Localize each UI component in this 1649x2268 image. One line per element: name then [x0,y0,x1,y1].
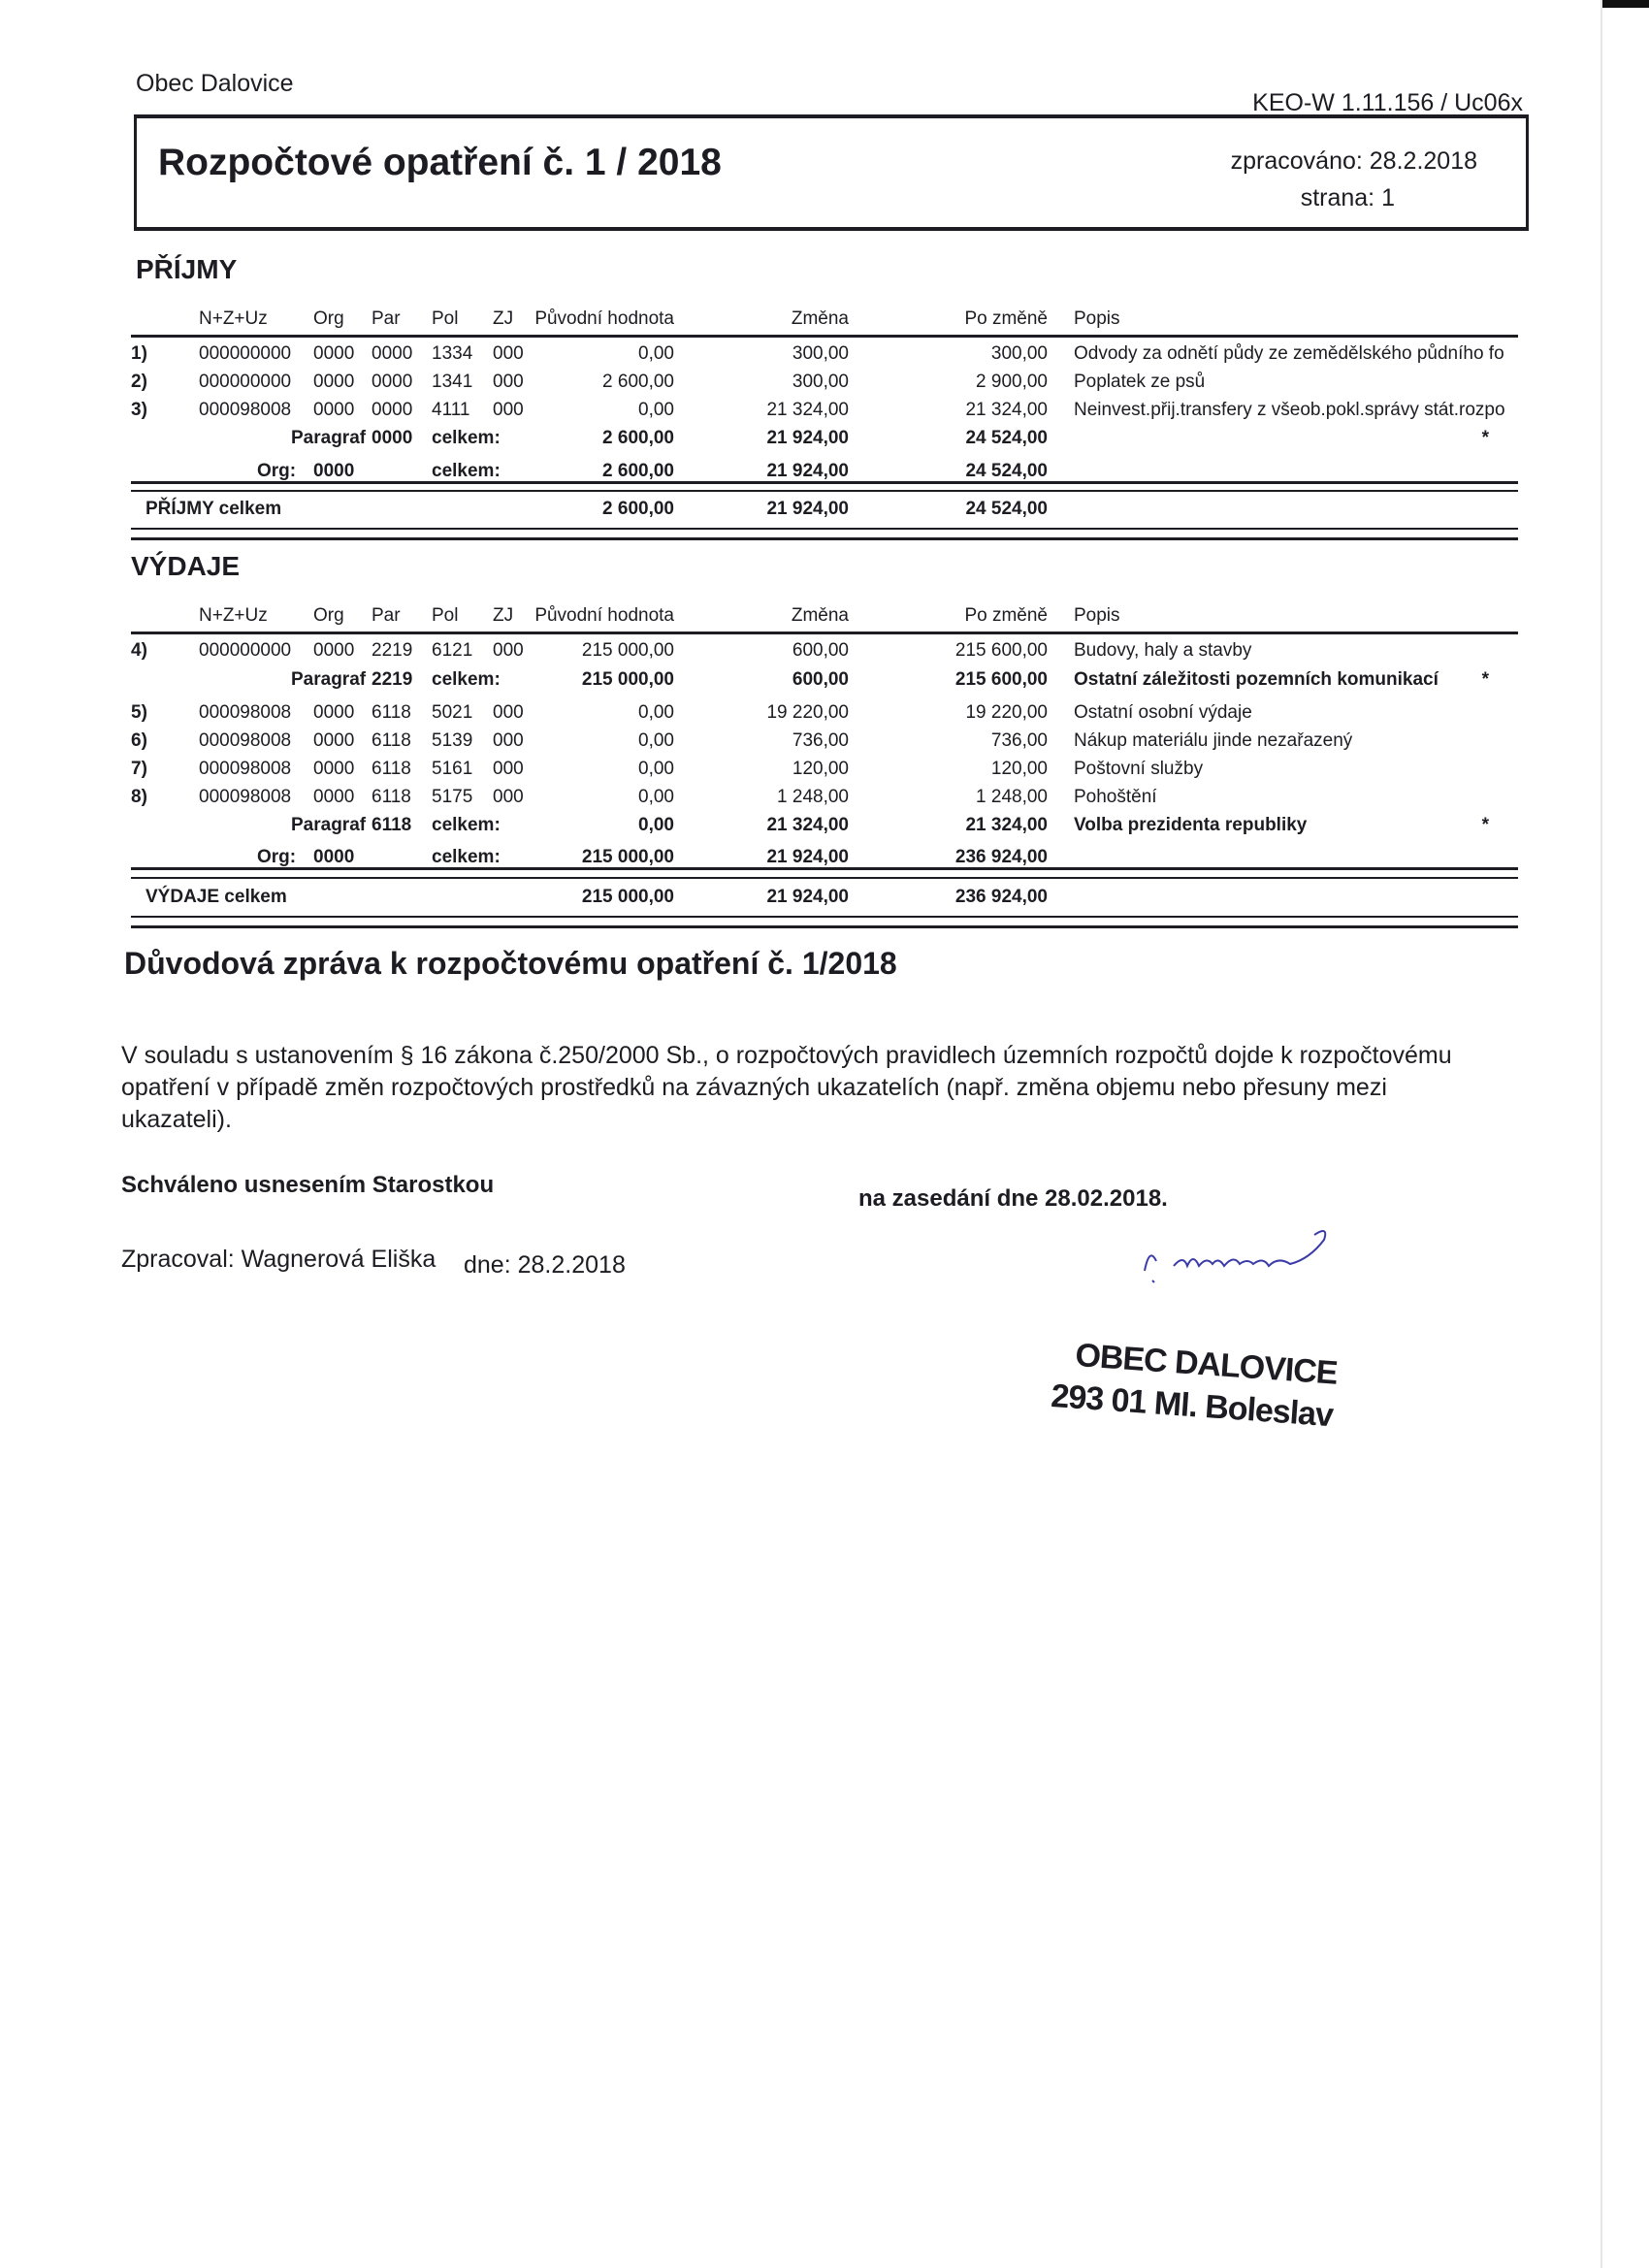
col-original: Původní hodnota [534,308,674,330]
col-description: Popis [1074,308,1120,330]
income-header-row: N+Z+Uz Org Par Pol ZJ Původní hodnota Zm… [131,308,1518,336]
income-section-title: PŘÍJMY [136,254,237,285]
table-rule [131,925,1518,928]
title-box: Rozpočtové opatření č. 1 / 2018 zpracová… [134,114,1529,231]
table-row: 2)00000000000000000 13410002 600,00300,0… [131,372,1518,399]
col-pol: Pol [432,605,458,627]
col-par: Par [372,605,401,627]
col-after: Po změně [964,308,1048,330]
table-row: 4)00000000000002219 6121000215 000,00600… [131,640,1518,667]
approval-text: Schváleno usnesením Starostkou [121,1172,494,1199]
table-rule [131,490,1518,492]
paragraph-total-row: Paragraf 6118celkem: 0,0021 324,0021 324… [131,815,1518,842]
table-row: 7)00009800800006118 51610000,00120,00 12… [131,759,1518,786]
meeting-date: na zasedání dne 28.02.2018. [858,1185,1168,1213]
header-rule [131,335,1518,338]
col-change: Změna [792,605,849,627]
col-pol: Pol [432,308,458,330]
organization-name: Obec Dalovice [136,70,294,98]
col-org: Org [313,605,344,627]
expenses-header-row: N+Z+Uz Org Par Pol ZJ Původní hodnota Zm… [131,605,1518,632]
col-zj: ZJ [493,605,513,627]
table-rule [131,867,1518,870]
table-row: 8)00009800800006118 51750000,001 248,00 … [131,787,1518,814]
col-description: Popis [1074,605,1120,627]
paragraph-total-row: Paragraf 2219celkem: 215 000,00600,00215… [131,669,1518,697]
grand-total-row: PŘÍJMY celkem 2 600,0021 924,0024 524,00 [131,499,1518,526]
table-rule [131,877,1518,879]
table-row: 1)00000000000000000 13340000,00300,00 30… [131,343,1518,371]
col-nzu: N+Z+Uz [199,605,268,627]
signature [1135,1227,1426,1295]
scan-edge-line [1600,0,1602,2268]
col-org: Org [313,308,344,330]
table-row: 5)00009800800006118 50210000,0019 220,00… [131,702,1518,729]
table-rule [131,916,1518,918]
processed-date: zpracováno: 28.2.2018 [1231,147,1477,176]
document-title: Rozpočtové opatření č. 1 / 2018 [158,142,722,184]
col-nzu: N+Z+Uz [199,308,268,330]
software-version: KEO-W 1.11.156 / Uc06x [1252,89,1523,117]
col-original: Původní hodnota [534,605,674,627]
prepared-date: dne: 28.2.2018 [464,1251,626,1280]
expenses-section-title: VÝDAJE [131,551,240,582]
table-rule [131,481,1518,484]
scan-edge [1600,0,1649,8]
col-par: Par [372,308,401,330]
table-rule [131,537,1518,540]
page-number: strana: 1 [1301,184,1395,212]
paragraph-total-row: Paragraf 0000celkem: 2 600,0021 924,0024… [131,428,1518,455]
report-text: V souladu s ustanovením § 16 zákona č.25… [121,1040,1470,1136]
prepared-by: Zpracoval: Wagnerová Eliška [121,1246,436,1274]
table-rule [131,528,1518,530]
table-row: 3)00009800800000000 41110000,0021 324,00… [131,400,1518,427]
col-after: Po změně [964,605,1048,627]
table-row: 6)00009800800006118 51390000,00736,00 73… [131,730,1518,758]
grand-total-row: VÝDAJE celkem 215 000,0021 924,00236 924… [131,887,1518,914]
report-title: Důvodová zpráva k rozpočtovému opatření … [124,946,897,982]
header-rule [131,632,1518,634]
col-zj: ZJ [493,308,513,330]
col-change: Změna [792,308,849,330]
